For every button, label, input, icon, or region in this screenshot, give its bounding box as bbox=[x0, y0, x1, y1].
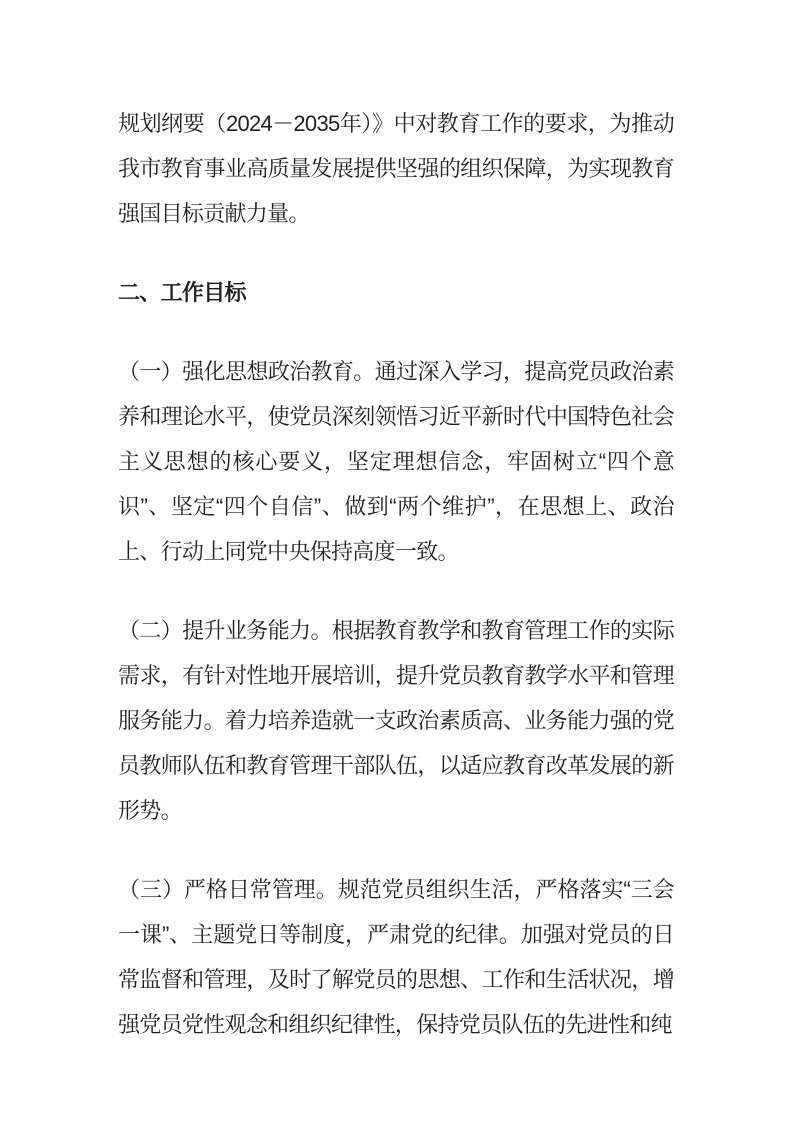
paragraph-item-1: （一）强化思想政治教育。通过深入学习，提高党员政治素养和理论水平，使党员深刻领悟… bbox=[118, 349, 674, 574]
section-heading: 二、工作目标 bbox=[118, 270, 674, 315]
document-page: 规划纲要（2024－2035年）》中对教育工作的要求，为推动我市教育事业高质量发… bbox=[0, 0, 793, 1122]
paragraph-item-3: （三）严格日常管理。规范党员组织生活，严格落实“三会一课”、主题党日等制度，严肃… bbox=[118, 867, 674, 1047]
intro-paragraph: 规划纲要（2024－2035年）》中对教育工作的要求，为推动我市教育事业高质量发… bbox=[118, 101, 674, 236]
paragraph-item-2: （二）提升业务能力。根据教育教学和教育管理工作的实际需求，有针对性地开展培训，提… bbox=[118, 608, 674, 833]
